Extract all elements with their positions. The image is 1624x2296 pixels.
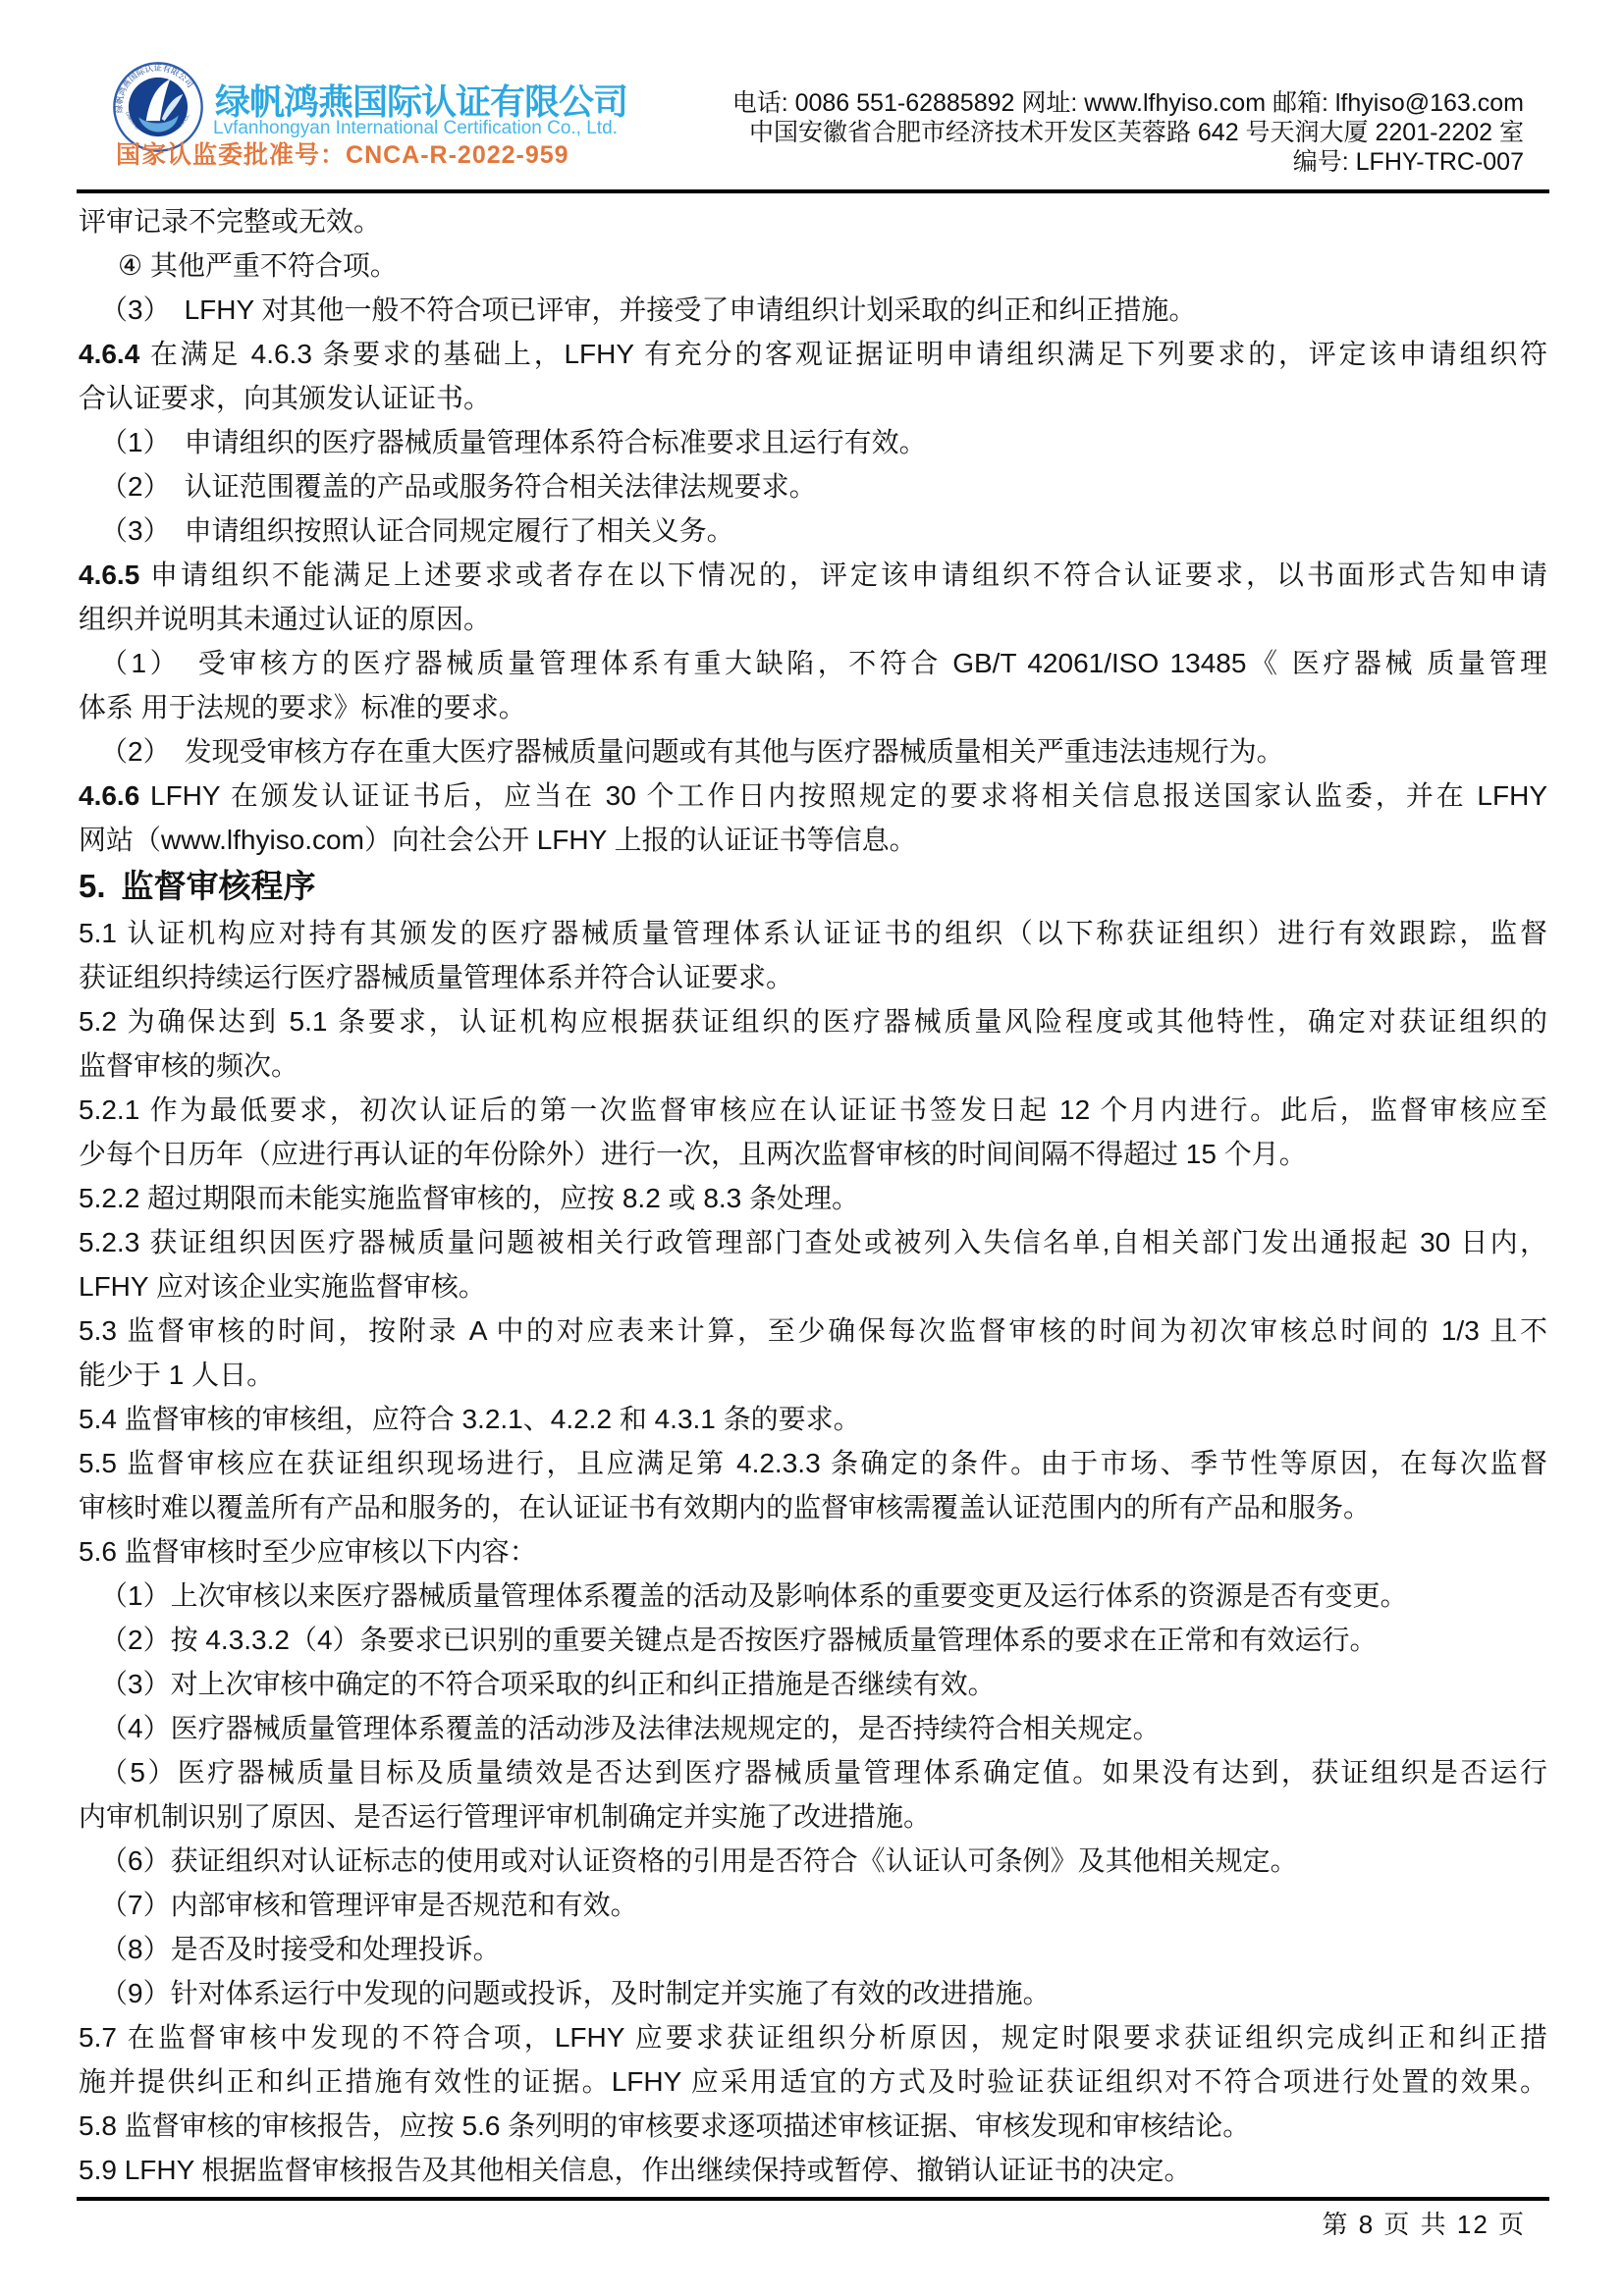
- text-line: （4）医疗器械质量管理体系覆盖的活动涉及法律法规规定的，是否持续符合相关规定。: [79, 1706, 1547, 1750]
- text-line: 合认证要求，向其颁发认证证书。: [79, 376, 1547, 420]
- text-line: 5.2.1 作为最低要求，初次认证后的第一次监督审核应在认证证书签发日起 12 …: [79, 1088, 1547, 1132]
- section-number: 5.: [79, 868, 106, 904]
- approval-number: CNCA-R-2022-959: [346, 141, 569, 169]
- text-line: （1）上次审核以来医疗器械质量管理体系覆盖的活动及影响体系的重要变更及运行体系的…: [79, 1574, 1547, 1618]
- address-line: 中国安徽省合肥市经济技术开发区芙蓉路 642 号天润大厦 2201-2202 室: [732, 118, 1524, 147]
- text-line: （2） 发现受审核方存在重大医疗器械质量问题或有其他与医疗器械质量相关严重违法违…: [79, 729, 1547, 774]
- text-line: （3） 申请组织按照认证合同规定履行了相关义务。: [79, 508, 1547, 553]
- text-line: 5.3 监督审核的时间，按附录 A 中的对应表来计算，至少确保每次监督审核的时间…: [79, 1308, 1547, 1353]
- text-line: （1） 受审核方的医疗器械质量管理体系有重大缺陷，不符合 GB/T 42061/…: [79, 641, 1547, 685]
- footer-divider: [77, 2197, 1549, 2201]
- text-line: 5.2.2 超过期限而未能实施监督审核的，应按 8.2 或 8.3 条处理。: [79, 1176, 1547, 1220]
- approval-label: 国家认监委批准号：: [116, 141, 346, 169]
- text-line: （5）医疗器械质量目标及质量绩效是否达到医疗器械质量管理体系确定值。如果没有达到…: [79, 1750, 1547, 1794]
- contact-block: 电话: 0086 551-62885892 网址: www.lfhyiso.co…: [732, 88, 1524, 177]
- text-line: 4.6.6 LFHY 在颁发认证证书后，应当在 30 个工作日内按照规定的要求将…: [79, 774, 1547, 818]
- text-line: 网站（www.lfhyiso.com）向社会公开 LFHY 上报的认证证书等信息…: [79, 818, 1547, 862]
- text-line: 4.6.5 申请组织不能满足上述要求或者存在以下情况的，评定该申请组织不符合认证…: [79, 553, 1547, 597]
- document-body: 评审记录不完整或无效。④ 其他严重不符合项。（3） LFHY 对其他一般不符合项…: [79, 199, 1547, 2192]
- text-line: 施并提供纠正和纠正措施有效性的证据。LFHY 应采用适宜的方式及时验证获证组织对…: [79, 2059, 1547, 2104]
- text-line: LFHY 应对该企业实施监督审核。: [79, 1264, 1547, 1308]
- text-line: 5.5 监督审核应在获证组织现场进行，且应满足第 4.2.3.3 条确定的条件。…: [79, 1441, 1547, 1485]
- text-line: （7）内部审核和管理评审是否规范和有效。: [79, 1883, 1547, 1927]
- text-line: 5.1 认证机构应对持有其颁发的医疗器械质量管理体系认证证书的组织（以下称获证组…: [79, 911, 1547, 955]
- text-line: 5.2 为确保达到 5.1 条要求，认证机构应根据获证组织的医疗器械质量风险程度…: [79, 999, 1547, 1043]
- text-line: 内审机制识别了原因、是否运行管理评审机制确定并实施了改进措施。: [79, 1794, 1547, 1839]
- text-line: （3） LFHY 对其他一般不符合项已评审，并接受了申请组织计划采取的纠正和纠正…: [79, 288, 1547, 332]
- text-line: 体系 用于法规的要求》标准的要求。: [79, 685, 1547, 729]
- text-line: （2）按 4.3.3.2（4）条要求已识别的重要关键点是否按医疗器械质量管理体系…: [79, 1618, 1547, 1662]
- text-line: 审核时难以覆盖所有产品和服务的，在认证证书有效期内的监督审核需覆盖认证范围内的所…: [79, 1485, 1547, 1529]
- text-line: （9）针对体系运行中发现的问题或投诉，及时制定并实施了有效的改进措施。: [79, 1971, 1547, 2015]
- text-line: （6）获证组织对认证标志的使用或对认证资格的引用是否符合《认证认可条例》及其他相…: [79, 1839, 1547, 1883]
- text-line: 评审记录不完整或无效。: [79, 199, 1547, 243]
- text-line: ④ 其他严重不符合项。: [79, 243, 1547, 288]
- text-line: 监督审核的频次。: [79, 1043, 1547, 1088]
- text-line: （3）对上次审核中确定的不符合项采取的纠正和纠正措施是否继续有效。: [79, 1662, 1547, 1706]
- text-line: 5.6 监督审核时至少应审核以下内容：: [79, 1529, 1547, 1574]
- text-line: （2） 认证范围覆盖的产品或服务符合相关法律法规要求。: [79, 464, 1547, 508]
- text-line: 获证组织持续运行医疗器械质量管理体系并符合认证要求。: [79, 955, 1547, 999]
- text-line: （1） 申请组织的医疗器械质量管理体系符合标准要求且运行有效。: [79, 420, 1547, 464]
- section-number: 4.6.5: [79, 560, 139, 590]
- document-page: 绿帆鸿燕国际认证有限公司 Lvfanhongyan International …: [0, 0, 1624, 2296]
- text-line: 组织并说明其未通过认证的原因。: [79, 597, 1547, 641]
- contact-line: 电话: 0086 551-62885892 网址: www.lfhyiso.co…: [732, 88, 1524, 118]
- text-line: （8）是否及时接受和处理投诉。: [79, 1927, 1547, 1971]
- doc-number: 编号: LFHY-TRC-007: [732, 147, 1524, 177]
- page-number: 第 8 页 共 12 页: [1323, 2205, 1527, 2241]
- text-line: 4.6.4 在满足 4.6.3 条要求的基础上，LFHY 有充分的客观证据证明申…: [79, 332, 1547, 376]
- text-line: 5.7 在监督审核中发现的不符合项，LFHY 应要求获证组织分析原因，规定时限要…: [79, 2015, 1547, 2059]
- section-number: 4.6.4: [79, 339, 139, 369]
- text-line: 5.4 监督审核的审核组，应符合 3.2.1、4.2.2 和 4.3.1 条的要…: [79, 1397, 1547, 1441]
- text-line: 5.9 LFHY 根据监督审核报告及其他相关信息，作出继续保持或暂停、撤销认证证…: [79, 2148, 1547, 2192]
- text-line: 5.2.3 获证组织因医疗器械质量问题被相关行政管理部门查处或被列入失信名单,自…: [79, 1220, 1547, 1264]
- section-number: 4.6.6: [79, 780, 139, 811]
- approval-number-line: 国家认监委批准号：CNCA-R-2022-959: [116, 135, 569, 171]
- section-heading: 5.监督审核程序: [79, 862, 1547, 911]
- text-line: 少每个日历年（应进行再认证的年份除外）进行一次，且两次监督审核的时间间隔不得超过…: [79, 1132, 1547, 1176]
- text-line: 5.8 监督审核的审核报告，应按 5.6 条列明的审核要求逐项描述审核证据、审核…: [79, 2104, 1547, 2148]
- text-line: 能少于 1 人日。: [79, 1353, 1547, 1397]
- header-divider: [77, 189, 1549, 193]
